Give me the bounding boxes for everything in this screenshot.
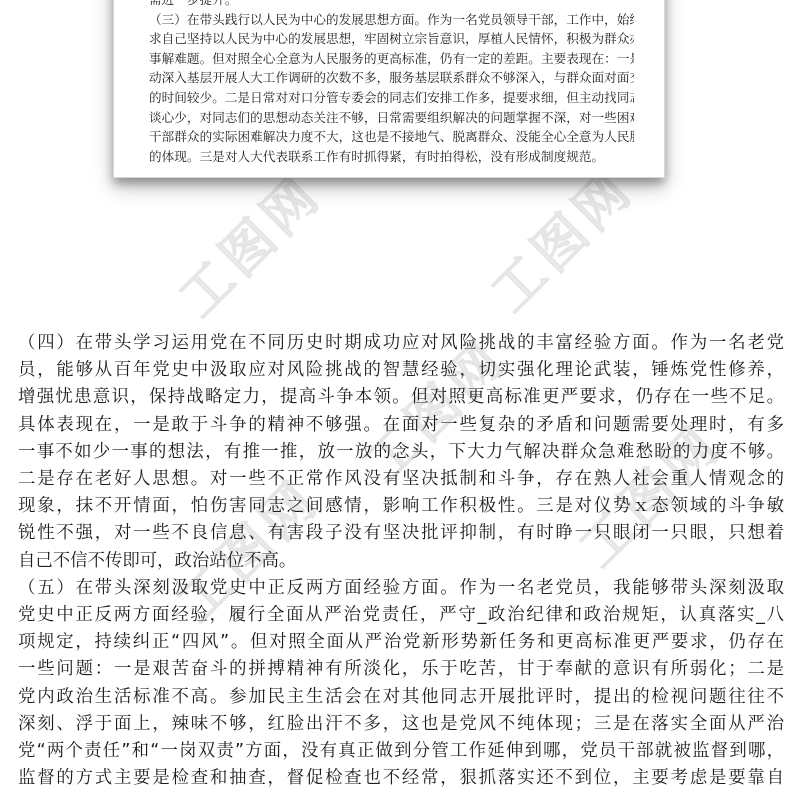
card-line: （三）在带头践行以人民为中心的发展思想方面。作为一名党员领导干部，工作中，始终要 <box>149 10 634 30</box>
body-line: 员，能够从百年党史中汲取应对风险挑战的智慧经验，切实强化理论武装，锤炼党性修养， <box>18 357 784 384</box>
page-preview-text: 坚赋能，加快县域经济发展上思维还不够活跃，视野还不够开阔，推动高质量发展的能力还… <box>149 0 634 166</box>
body-line: 深刻、浮于面上，辣味不够，红脸出汗不多，这也是党风不纯体现；三是在落实全面从严治 <box>18 711 784 738</box>
body-line: 一事不如少一事的想法，有推一推，放一放的念头，下大力气解决群众急难愁盼的力度不够… <box>18 439 784 466</box>
body-line: （五）在带头深刻汲取党史中正反两方面经验方面。作为一名老党员，我能够带头深刻汲取 <box>18 575 784 602</box>
body-line: 二是存在老好人思想。对一些不正常作风没有坚决抵制和斗争，存在熟人社会重人情观念的 <box>18 466 784 493</box>
body-line: 现象，抹不开情面，怕伤害同志之间感情，影响工作积极性。三是对仪势ｘ态领域的斗争敏 <box>18 493 784 520</box>
card-line: 干部群众的实际困难解决力度不大，这也是不接地气、脱离群众、没能全心全意为人民服务 <box>149 127 634 147</box>
body-line: 一些问题：一是艰苦奋斗的拼搏精神有所淡化，乐于吃苦，甘于奉献的意识有所弱化；二是 <box>18 656 784 683</box>
body-line: 监督的方式主要是检查和抽查，督促检查也不经常，狠抓落实还不到位，主要考虑是要靠自 <box>18 765 784 792</box>
document-page: 工图网 工图网 工图网 工图网 工图网 工图网 坚赋能，加快县域经济发展上思维还… <box>0 0 800 800</box>
card-line: 的体现。三是对人大代表联系工作有时抓得紧，有时拍得松，没有形成制度规范。 <box>149 147 634 167</box>
body-line: （四）在带头学习运用党在不同历史时期成功应对风险挑战的丰富经验方面。作为一名老党 <box>18 330 784 357</box>
main-body-text: （四）在带头学习运用党在不同历史时期成功应对风险挑战的丰富经验方面。作为一名老党… <box>18 330 784 792</box>
body-line: 增强忧患意识，保持战略定力，提高斗争本领。但对照更高标准更严要求，仍存在一些不足… <box>18 384 784 411</box>
card-line: 事解难题。但对照全心全意为人民服务的更高标准，仍有一定的差距。主要表现在：一是主 <box>149 49 634 69</box>
body-line: 锐性不强，对一些不良信息、有害段子没有坚决批评抑制，有时睁一只眼闭一只眼，只想着 <box>18 520 784 547</box>
card-line: 的时间较少。二是日常对对口分管专委会的同志们安排工作多，提要求细，但主动找同志们 <box>149 88 634 108</box>
card-line: 求自己坚持以人民为中心的发展思想，牢固树立宗旨意识，厚植人民情怀，积极为群众办实 <box>149 29 634 49</box>
card-line: 需进一步提升。 <box>149 0 634 10</box>
page-preview-card: 坚赋能，加快县域经济发展上思维还不够活跃，视野还不够开阔，推动高质量发展的能力还… <box>113 0 665 178</box>
body-line: 项规定，持续纠正“四风”。但对照全面从严治党新形势新任务和更高标准更严要求，仍存… <box>18 629 784 656</box>
body-line: 党“两个责任”和“一岗双责”方面，没有真正做到分管工作延伸到哪，党员干部就被监督… <box>18 738 784 765</box>
body-line: 自己不信不传即可，政治站位不高。 <box>18 548 784 575</box>
body-line: 党内政治生活标准不高。参加民主生活会在对其他同志开展批评时，提出的检视问题往往不 <box>18 684 784 711</box>
watermark: 工图网 <box>159 154 335 330</box>
body-line: 具体表现在，一是敢于斗争的精神不够强。在面对一些复杂的矛盾和问题需要处理时，有多 <box>18 412 784 439</box>
card-line: 动深入基层开展人大工作调研的次数不多，服务基层联系群众不够深入，与群众面对面交流 <box>149 68 634 88</box>
card-line: 谈心少，对同志们的思想动态关注不够，日常需要组织解决的问题掌握不深，对一些困难的 <box>149 108 634 128</box>
body-line: 党史中正反两方面经验，履行全面从严治党责任，严守_政治纪律和政治规矩，认真落实_… <box>18 602 784 629</box>
